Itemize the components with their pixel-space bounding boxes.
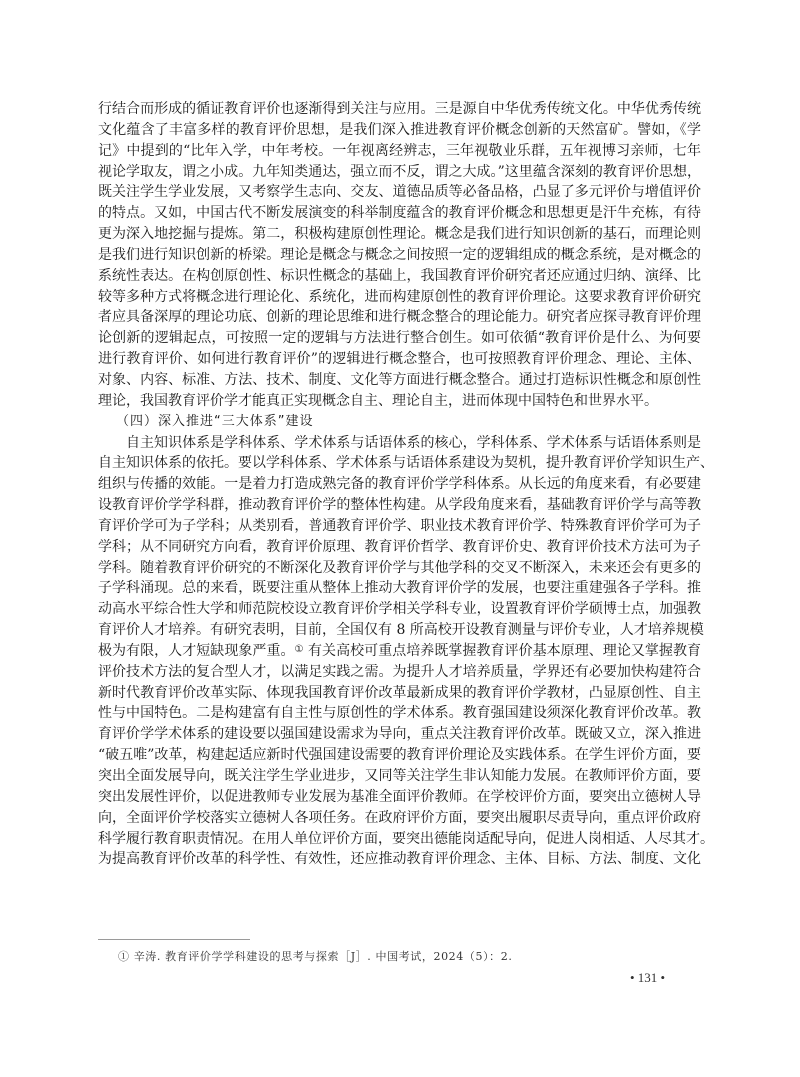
text-line: 向，全面评价学校落实立德树人各项任务。在政府评价方面，要突出履职尽责导向，重点评… xyxy=(98,808,701,829)
text-line: 组织与传播的效能。一是着力打造成熟完备的教育评价学学科体系。从长远的角度来看，有… xyxy=(98,474,701,495)
text-line: 是我们进行知识创新的桥梁。理论是概念与概念之间按照一定的逻辑组成的概念系统，是对… xyxy=(98,245,701,266)
page-body: 行结合而形成的循证教育评价也逐渐得到关注与应用。三是源自中华优秀传统文化。中华优… xyxy=(98,99,701,870)
paragraph-2: 自主知识体系是学科体系、学术体系与话语体系的核心，学科体系、学术体系与话语体系则… xyxy=(98,433,701,871)
text-line: 学科。随着教育评价研究的不断深化及教育评价学与其他学科的交叉不断深入，未来还会有… xyxy=(98,558,701,579)
footnote-divider xyxy=(98,939,250,940)
text-line: “破五唯”改革，构建起适应新时代强国建设需要的教育评价理论及实践体系。在学生评价… xyxy=(98,745,701,766)
section-heading: （四）深入推进“三大体系”建设 xyxy=(98,412,701,433)
text-line-with-footnote: 极为有限，人才短缺现象严重。① 有关高校可重点培养既掌握教育评价基本原理、理论又… xyxy=(98,641,701,662)
text-line: 更为深入地挖掘与提炼。第二，积极构建原创性理论。概念是我们进行知识创新的基石，而… xyxy=(98,224,701,245)
text-line: 既关注学生学业发展，又考察学生志向、交友、道德品质等必备品格，凸显了多元评价与增… xyxy=(98,182,701,203)
text-line: 的特点。又如，中国古代不断发展演变的科举制度蕴含的教育评价概念和思想更是汗牛充栋… xyxy=(98,203,701,224)
text-line: 突出全面发展导向，既关注学生学业进步，又同等关注学生非认知能力发展。在教师评价方… xyxy=(98,766,701,787)
text-segment: 有关高校可重点培养既掌握教育评价基本原理、理论又掌握教育 xyxy=(304,643,701,659)
text-line: 自主知识体系是学科体系、学术体系与话语体系的核心，学科体系、学术体系与话语体系则… xyxy=(98,433,701,454)
text-line: 为提高教育评价改革的科学性、有效性，还应推动教育评价理念、主体、目标、方法、制度… xyxy=(98,849,701,870)
text-line: 记》中提到的“比年入学，中年考校。一年视离经辨志，三年视敬业乐群，五年视博习亲师… xyxy=(98,141,701,162)
text-line: 较等多种方式将概念进行理论化、系统化，进而构建原创性的教育评价理论。这要求教育评… xyxy=(98,287,701,308)
text-line: 文化蕴含了丰富多样的教育评价思想，是我们深入推进教育评价概念创新的天然富矿。譬如… xyxy=(98,120,701,141)
text-line: 设教育评价学学科群，推动教育评价学的整体性构建。从学段角度来看，基础教育评价学与… xyxy=(98,495,701,516)
text-line: 理论，我国教育评价学才能真正实现概念自主、理论自主，进而体现中国特色和世界水平。 xyxy=(98,391,701,412)
text-line: 评价技术方法的复合型人才，以满足实践之需。为提升人才培养质量，学界还有必要加快构… xyxy=(98,662,701,683)
text-line: 育评价学可为子学科；从类别看，普通教育评价学、职业技术教育评价学、特殊教育评价学… xyxy=(98,516,701,537)
text-line: 子学科涌现。总的来看，既要注重从整体上推动大教育评价学的发展，也要注重建强各子学… xyxy=(98,578,701,599)
text-line: 论创新的逻辑起点，可按照一定的逻辑与方法进行整合创生。如可依循“教育评价是什么、… xyxy=(98,328,701,349)
text-line: 育评价人才培养。有研究表明，目前，全国仅有 8 所高校开设教育测量与评价专业，人… xyxy=(98,620,701,641)
paragraph-1: 行结合而形成的循证教育评价也逐渐得到关注与应用。三是源自中华优秀传统文化。中华优… xyxy=(98,99,701,412)
text-line: 对象、内容、标准、方法、技术、制度、文化等方面进行概念整合。通过打造标识性概念和… xyxy=(98,370,701,391)
text-line: 科学履行教育职责情况。在用人单位评价方面，要突出德能岗适配导向，促进人岗相适、人… xyxy=(98,829,701,850)
text-line: 行结合而形成的循证教育评价也逐渐得到关注与应用。三是源自中华优秀传统文化。中华优… xyxy=(98,99,701,120)
text-line: 者应具备深厚的理论功底、创新的理论思维和进行概念整合的理论能力。研究者应探寻教育… xyxy=(98,307,701,328)
text-line: 性与中国特色。二是构建富有自主性与原创性的学术体系。教育强国建设须深化教育评价改… xyxy=(98,703,701,724)
footnote: ① 辛涛. 教育评价学学科建设的思考与探索［J］. 中国考试，2024（5）：2… xyxy=(118,949,512,965)
text-line: 进行教育评价、如何进行教育评价”的逻辑进行概念整合，也可按照教育评价理念、理论、… xyxy=(98,349,701,370)
text-line: 系统性表达。在构创原创性、标识性概念的基础上，我国教育评价研究者还应通过归纳、演… xyxy=(98,266,701,287)
text-line: 动高水平综合性大学和师范院校设立教育评价学相关学科专业，设置教育评价学硕博士点，… xyxy=(98,599,701,620)
text-segment: 极为有限，人才短缺现象严重。 xyxy=(98,643,295,659)
text-line: 视论学取友，谓之小成。九年知类通达，强立而不反，谓之大成。”这里蕴含深刻的教育评… xyxy=(98,162,701,183)
text-line: 自主知识体系的依托。要以学科体系、学术体系与话语体系建设为契机，提升教育评价学知… xyxy=(98,453,701,474)
footnote-reference[interactable]: ① xyxy=(295,644,304,655)
page-number: • 131 • xyxy=(630,969,665,987)
text-line: 突出发展性评价，以促进教师专业发展为基准全面评价教师。在学校评价方面，要突出立德… xyxy=(98,787,701,808)
text-line: 学科；从不同研究方向看，教育评价原理、教育评价哲学、教育评价史、教育评价技术方法… xyxy=(98,537,701,558)
text-line: 新时代教育评价改革实际、体现我国教育评价改革最新成果的教育评价学教材，凸显原创性… xyxy=(98,683,701,704)
text-line: 育评价学学术体系的建设要以强国建设需求为导向，重点关注教育评价改革。既破又立，深… xyxy=(98,724,701,745)
